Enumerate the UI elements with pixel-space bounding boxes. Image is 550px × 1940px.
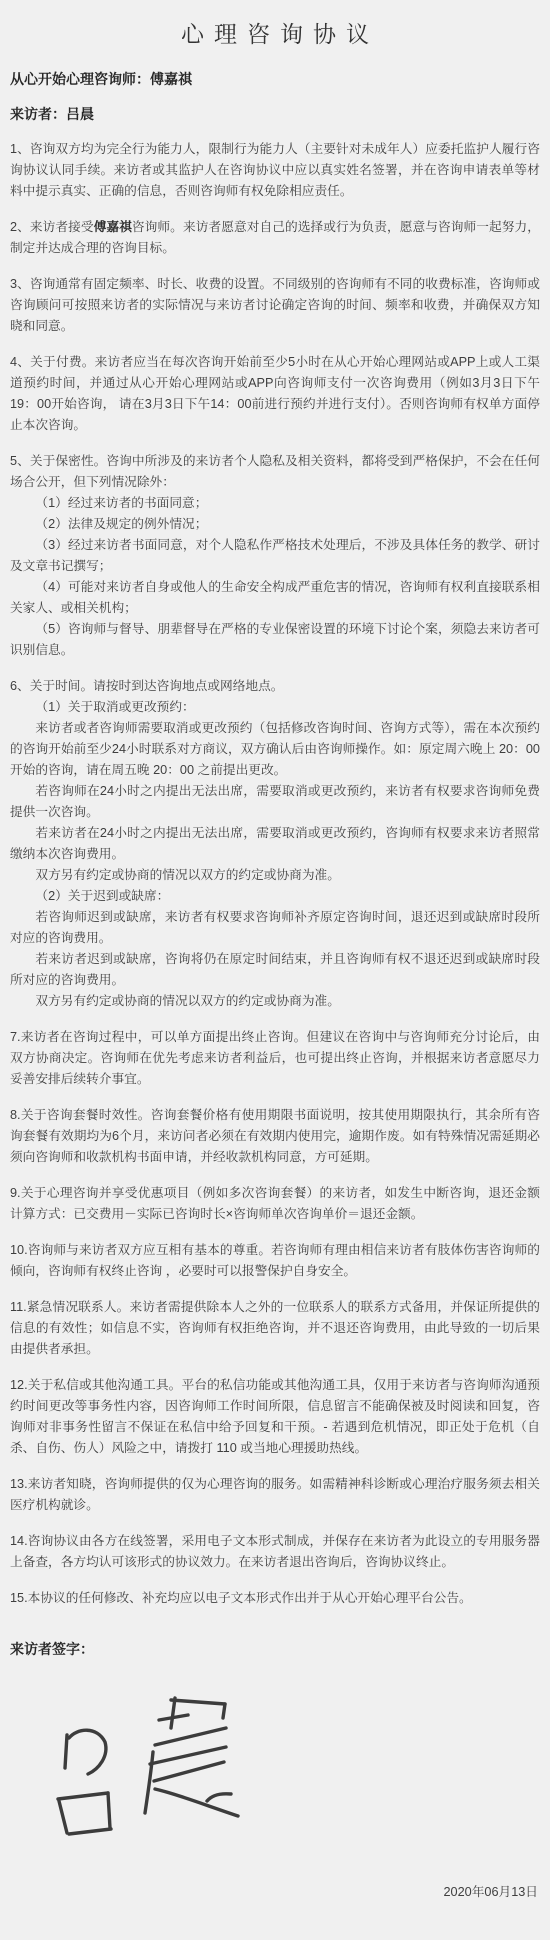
agreement-page: 心理咨询协议 从心开始心理咨询师：傅嘉祺 来访者：吕晨 1、咨询双方均为完全行为…	[0, 0, 550, 1940]
clause-5-item-3: （3）经过来访者书面同意，对个人隐私作严格技术处理后，不涉及具体任务的教学、研讨…	[10, 535, 540, 577]
clause-10: 10.咨询师与来访者双方应互相有基本的尊重。若咨询师有理由相信来访者有肢体伤害咨…	[10, 1240, 540, 1282]
clause-1: 1、咨询双方均为完全行为能力人，限制行为能力人（主要针对未成年人）应委托监护人履…	[10, 139, 540, 202]
clause-7: 7.来访者在咨询过程中，可以单方面提出终止咨询。但建议在咨询中与咨询师充分讨论后…	[10, 1027, 540, 1090]
clause-5-item-2: （2）法律及规定的例外情况；	[10, 514, 540, 535]
clause-15: 15.本协议的任何修改、补充均应以电子文本形式作出并于从心开始心理平台公告。	[10, 1588, 540, 1609]
clause-6-item-7: 若咨询师迟到或缺席，来访者有权要求咨询师补齐原定咨询时间，退还迟到或缺席时段所对…	[10, 907, 540, 949]
client-line: 来访者：吕晨	[10, 104, 540, 124]
counselor-name-bold: 傅嘉祺	[94, 220, 132, 234]
clause-6-item-9: 双方另有约定或协商的情况以双方的约定或协商为准。	[10, 991, 540, 1012]
clause-6-item-1: （1）关于取消或更改预约：	[10, 697, 540, 718]
clause-6: 6、关于时间。请按时到达咨询地点或网络地点。	[10, 676, 540, 697]
signed-date: 2020年06月13日	[10, 1881, 538, 1900]
clause-6-item-4: 若来访者在24小时之内提出无法出席，需要取消或更改预约，咨询师有权要求来访者照常…	[10, 823, 540, 865]
clause-5-item-5: （5）咨询师与督导、朋辈督导在严格的专业保密设置的环境下讨论个案，须隐去来访者可…	[10, 619, 540, 661]
clause-5: 5、关于保密性。咨询中所涉及的来访者个人隐私及相关资料，都将受到严格保护，不会在…	[10, 451, 540, 493]
clause-13: 13.来访者知晓，咨询师提供的仅为心理咨询的服务。如需精神科诊断或心理治疗服务须…	[10, 1474, 540, 1516]
clause-6-item-5: 双方另有约定或协商的情况以双方的约定或协商为准。	[10, 865, 540, 886]
page-title: 心理咨询协议	[10, 16, 540, 49]
clause-12: 12.关于私信或其他沟通工具。平台的私信功能或其他沟通工具，仅用于来访者与咨询师…	[10, 1375, 540, 1459]
handwritten-signature	[42, 1681, 252, 1871]
clause-9: 9.关于心理咨询并享受优惠项目（例如多次咨询套餐）的来访者，如发生中断咨询，退还…	[10, 1183, 540, 1225]
clause-6-item-8: 若来访者迟到或缺席，咨询将仍在原定时间结束，并且咨询师有权不退还迟到或缺席时段所…	[10, 949, 540, 991]
signature-drawing	[42, 1681, 252, 1871]
clause-6-item-6: （2）关于迟到或缺席：	[10, 886, 540, 907]
clause-8: 8.关于咨询套餐时效性。咨询套餐价格有使用期限书面说明，按其使用期限执行，其余所…	[10, 1105, 540, 1168]
clause-6-item-3: 若咨询师在24小时之内提出无法出席，需要取消或更改预约，来访者有权要求咨询师免费…	[10, 781, 540, 823]
counselor-line: 从心开始心理咨询师：傅嘉祺	[10, 69, 540, 89]
clause-11: 11.紧急情况联系人。来访者需提供除本人之外的一位联系人的联系方式备用，并保证所…	[10, 1297, 540, 1360]
clause-5-item-4: （4）可能对来访者自身或他人的生命安全构成严重危害的情况，咨询师有权利直接联系相…	[10, 577, 540, 619]
clause-2: 2、来访者接受傅嘉祺咨询师。来访者愿意对自己的选择或行为负责，愿意与咨询师一起努…	[10, 217, 540, 259]
clause-3: 3、咨询通常有固定频率、时长、收费的设置。不同级别的咨询师有不同的收费标准，咨询…	[10, 274, 540, 337]
clause-2-prefix: 2、来访者接受	[10, 220, 94, 234]
clause-6-item-2: 来访者或者咨询师需要取消或更改预约（包括修改咨询时间、咨询方式等），需在本次预约…	[10, 718, 540, 781]
clause-4: 4、关于付费。来访者应当在每次咨询开始前至少5小时在从心开始心理网站或APP上或…	[10, 352, 540, 436]
signature-label: 来访者签字：	[10, 1639, 540, 1659]
clause-5-item-1: （1）经过来访者的书面同意；	[10, 493, 540, 514]
clause-14: 14.咨询协议由各方在线签署，采用电子文本形式制成，并保存在来访者为此设立的专用…	[10, 1531, 540, 1573]
